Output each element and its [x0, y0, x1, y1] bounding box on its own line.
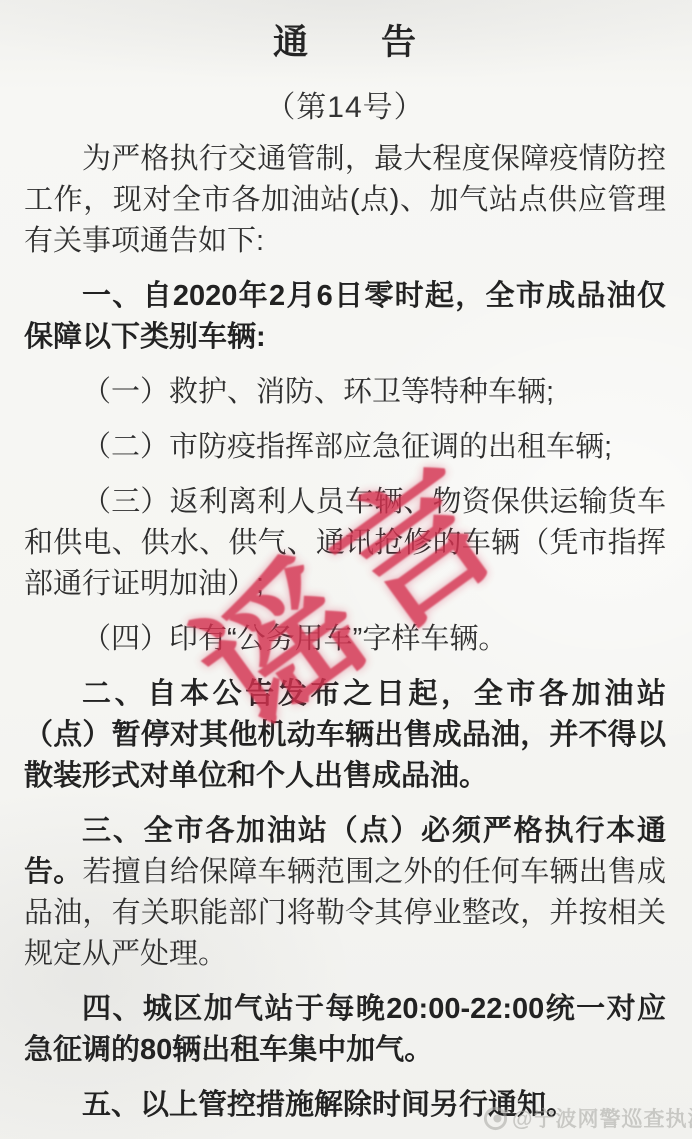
notice-paragraph: 四、城区加气站于每晚20:00-22:00统一对应急征调的80辆出租车集中加气。	[24, 989, 666, 1071]
notice-paragraph: 三、全市各加油站（点）必须严格执行本通告。若擅自给保障车辆范围之外的任何车辆出售…	[24, 811, 666, 975]
notice-paragraph: 二、自本公告发布之日起，全市各加油站（点）暂停对其他机动车辆出售成品油，并不得以…	[24, 674, 666, 797]
notice-paragraph: （一）救护、消防、环卫等特种车辆;	[24, 372, 666, 413]
notice-paragraph: 一、自2020年2月6日零时起，全市成品油仅保障以下类别车辆:	[24, 276, 666, 358]
notice-paragraph: （二）市防疫指挥部应急征调的出租车辆;	[24, 427, 666, 468]
notice-number: （第14号）	[24, 91, 666, 125]
weibo-eye-icon	[482, 1105, 509, 1132]
paragraph-run: 一、自2020年2月6日零时起，全市成品油仅保障以下类别车辆:	[24, 280, 666, 353]
weibo-watermark: @宁波网警巡查执法	[482, 1103, 692, 1133]
notice-document: 通 告 （第14号） 为严格执行交通管制，最大程度保障疫情防控工作，现对全市各加…	[0, 0, 692, 1126]
paragraph-run: （二）市防疫指挥部应急征调的出租车辆;	[82, 431, 612, 463]
paragraph-run: （四）印有“公务用车”字样车辆。	[82, 623, 507, 655]
notice-paragraph: 为严格执行交通管制，最大程度保障疫情防控工作，现对全市各加油站(点)、加气站点供…	[24, 139, 666, 262]
paragraph-run: 若擅自给保障车辆范围之外的任何车辆出售成品油，有关职能部门将勒令其停业整改，并按…	[24, 856, 666, 970]
paragraph-run: 四、城区加气站于每晚20:00-22:00统一对应急征调的80辆出租车集中加气。	[24, 993, 666, 1066]
notice-body: 为严格执行交通管制，最大程度保障疫情防控工作，现对全市各加油站(点)、加气站点供…	[24, 139, 666, 1126]
paragraph-run: （一）救护、消防、环卫等特种车辆;	[82, 376, 554, 408]
watermark-handle: @宁波网警巡查执法	[512, 1103, 692, 1133]
notice-photo: 通 告 （第14号） 为严格执行交通管制，最大程度保障疫情防控工作，现对全市各加…	[0, 0, 692, 1139]
paragraph-run: 为严格执行交通管制，最大程度保障疫情防控工作，现对全市各加油站(点)、加气站点供…	[24, 143, 666, 257]
page-title: 通 告	[24, 22, 666, 64]
notice-paragraph: （三）返利离利人员车辆、物资保供运输货车和供电、供水、供气、通讯抢修的车辆（凭市…	[24, 482, 666, 605]
paragraph-run: （三）返利离利人员车辆、物资保供运输货车和供电、供水、供气、通讯抢修的车辆（凭市…	[24, 486, 666, 600]
notice-paragraph: （四）印有“公务用车”字样车辆。	[24, 619, 666, 660]
paragraph-run: 二、自本公告发布之日起，全市各加油站（点）暂停对其他机动车辆出售成品油，并不得以…	[24, 678, 666, 792]
